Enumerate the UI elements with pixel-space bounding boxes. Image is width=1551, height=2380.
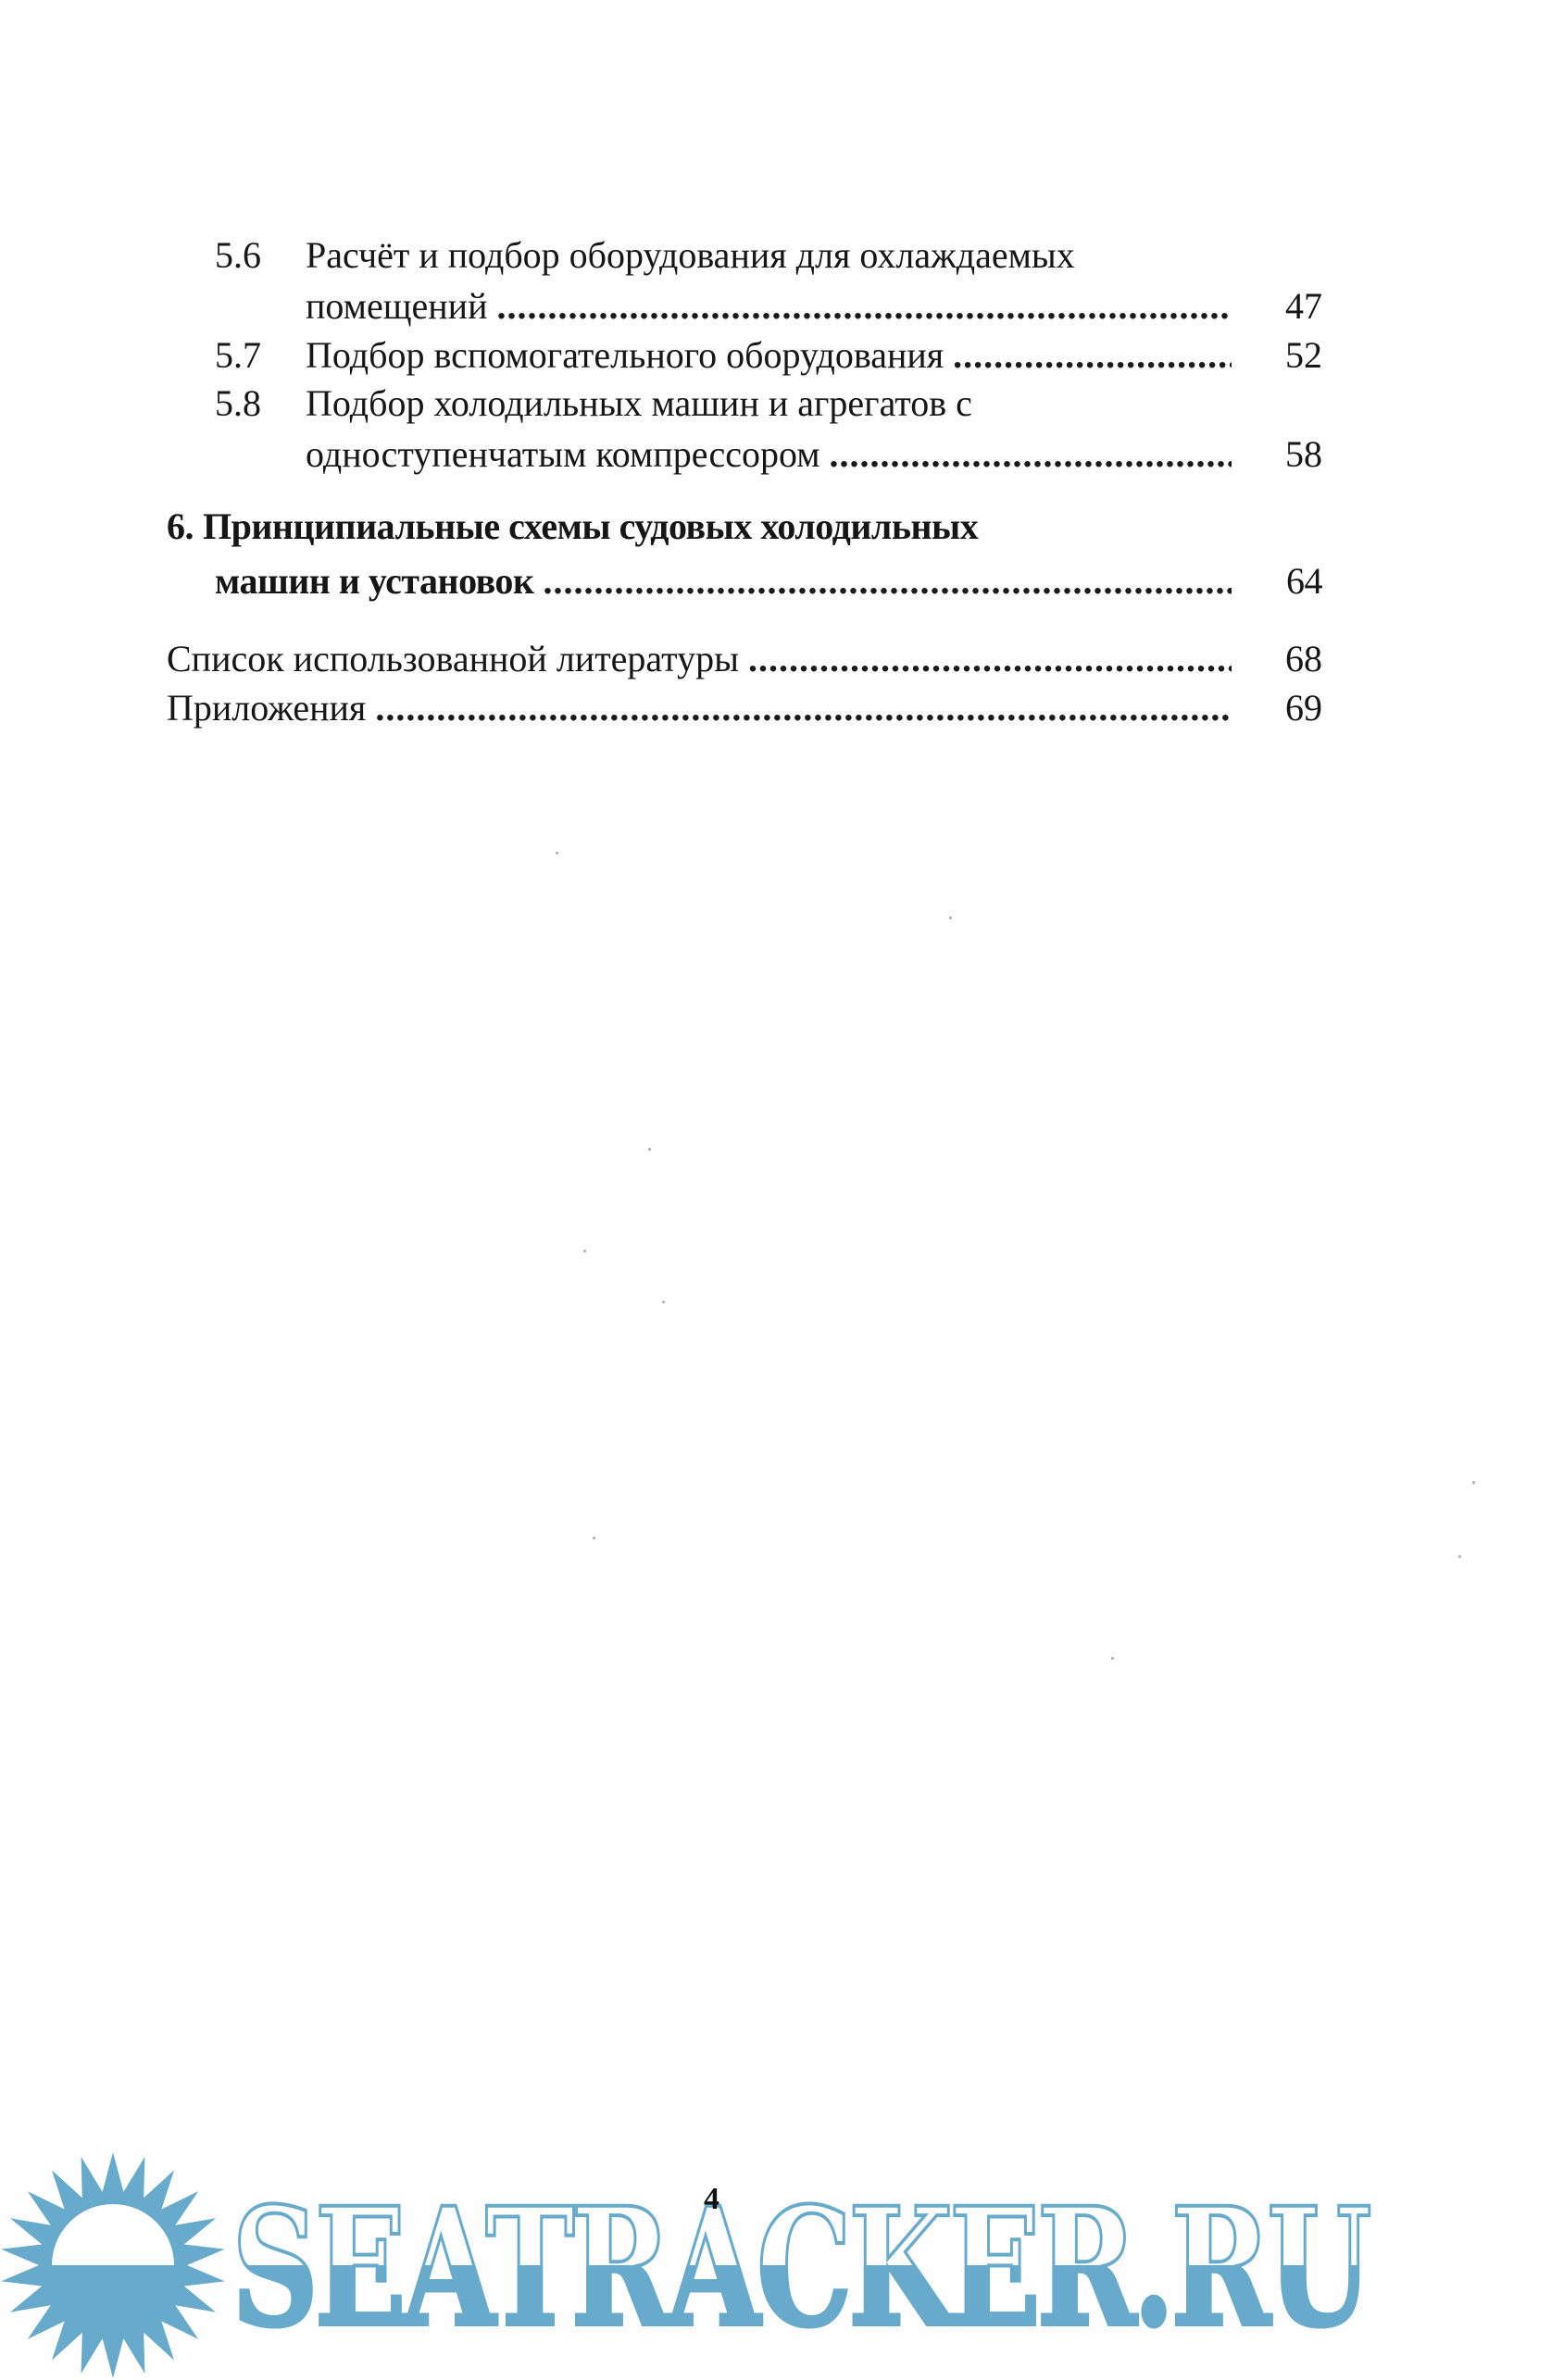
toc-entry-title-cont: одноступенчатым компрессором (306, 430, 820, 479)
toc-dot-leader: ........................................… (953, 331, 1232, 380)
scan-speck (662, 1301, 665, 1303)
toc-entry-title: Подбор холодильных машин и агрегатов с (306, 380, 972, 428)
toc-page-number: 64 (1248, 557, 1322, 605)
toc-section-number: 6. (167, 503, 194, 551)
scan-speck (648, 1148, 651, 1151)
toc-page-number: 58 (1248, 430, 1322, 479)
toc-section-title: Принципиальные схемы судовых холодильных (203, 503, 978, 551)
toc-entry-number: 5.6 (215, 231, 261, 280)
page-number: 4 (704, 2182, 719, 2217)
toc-dot-leader: ........................................… (496, 282, 1232, 330)
toc-entry-title: Приложения (167, 684, 366, 732)
toc-page-number: 47 (1248, 282, 1322, 330)
sun-icon (1, 2152, 225, 2378)
toc-entry-number: 5.8 (215, 380, 261, 428)
toc-entry-5-8[interactable]: 5.8 Подбор холодильных машин и агрегатов… (0, 380, 1551, 428)
scan-speck (949, 916, 952, 919)
toc-entry-title-cont: помещений (306, 282, 487, 330)
toc-entry-5-7[interactable]: 5.7 Подбор вспомогательного оборудования… (0, 331, 1551, 380)
toc-entry-6-continued[interactable]: машин и установок ......................… (0, 557, 1551, 605)
toc-dot-leader: ........................................… (543, 557, 1232, 605)
toc-dot-leader: ........................................… (830, 430, 1232, 479)
toc-entry-6[interactable]: 6. Принципиальные схемы судовых холодиль… (0, 503, 1551, 551)
toc-entry-title: Подбор вспомогательного оборудования (306, 331, 944, 380)
toc-entry-appendices[interactable]: Приложения .............................… (0, 684, 1551, 732)
scan-speck (1111, 1657, 1114, 1660)
toc-dot-leader: ........................................… (375, 684, 1232, 732)
toc-entry-5-6-continued[interactable]: помещений ..............................… (0, 282, 1551, 330)
toc-page-number: 69 (1248, 684, 1322, 732)
toc-page-number: 68 (1248, 635, 1322, 683)
scan-speck (593, 1537, 595, 1539)
toc-entry-5-8-continued[interactable]: одноступенчатым компрессором ...........… (0, 430, 1551, 479)
toc-entry-references[interactable]: Список использованной литературы .......… (0, 635, 1551, 683)
toc-section-title-cont: машин и установок (215, 557, 533, 605)
watermark-text: SEATRACKER.RU (231, 2203, 1368, 2333)
scan-speck (1472, 1481, 1475, 1484)
toc-entry-title: Расчёт и подбор оборудования для охлажда… (306, 231, 1075, 280)
toc-entry-number: 5.7 (215, 331, 261, 380)
scan-speck (1458, 1555, 1461, 1558)
toc-page-number: 52 (1248, 331, 1322, 380)
toc-entry-title: Список использованной литературы (167, 635, 739, 683)
document-page: 5.6 Расчёт и подбор оборудования для охл… (0, 0, 1551, 2380)
scan-speck (556, 852, 558, 854)
toc-dot-leader: ........................................… (748, 635, 1232, 683)
toc-entry-5-6[interactable]: 5.6 Расчёт и подбор оборудования для охл… (0, 231, 1551, 280)
scan-speck (583, 1250, 586, 1252)
